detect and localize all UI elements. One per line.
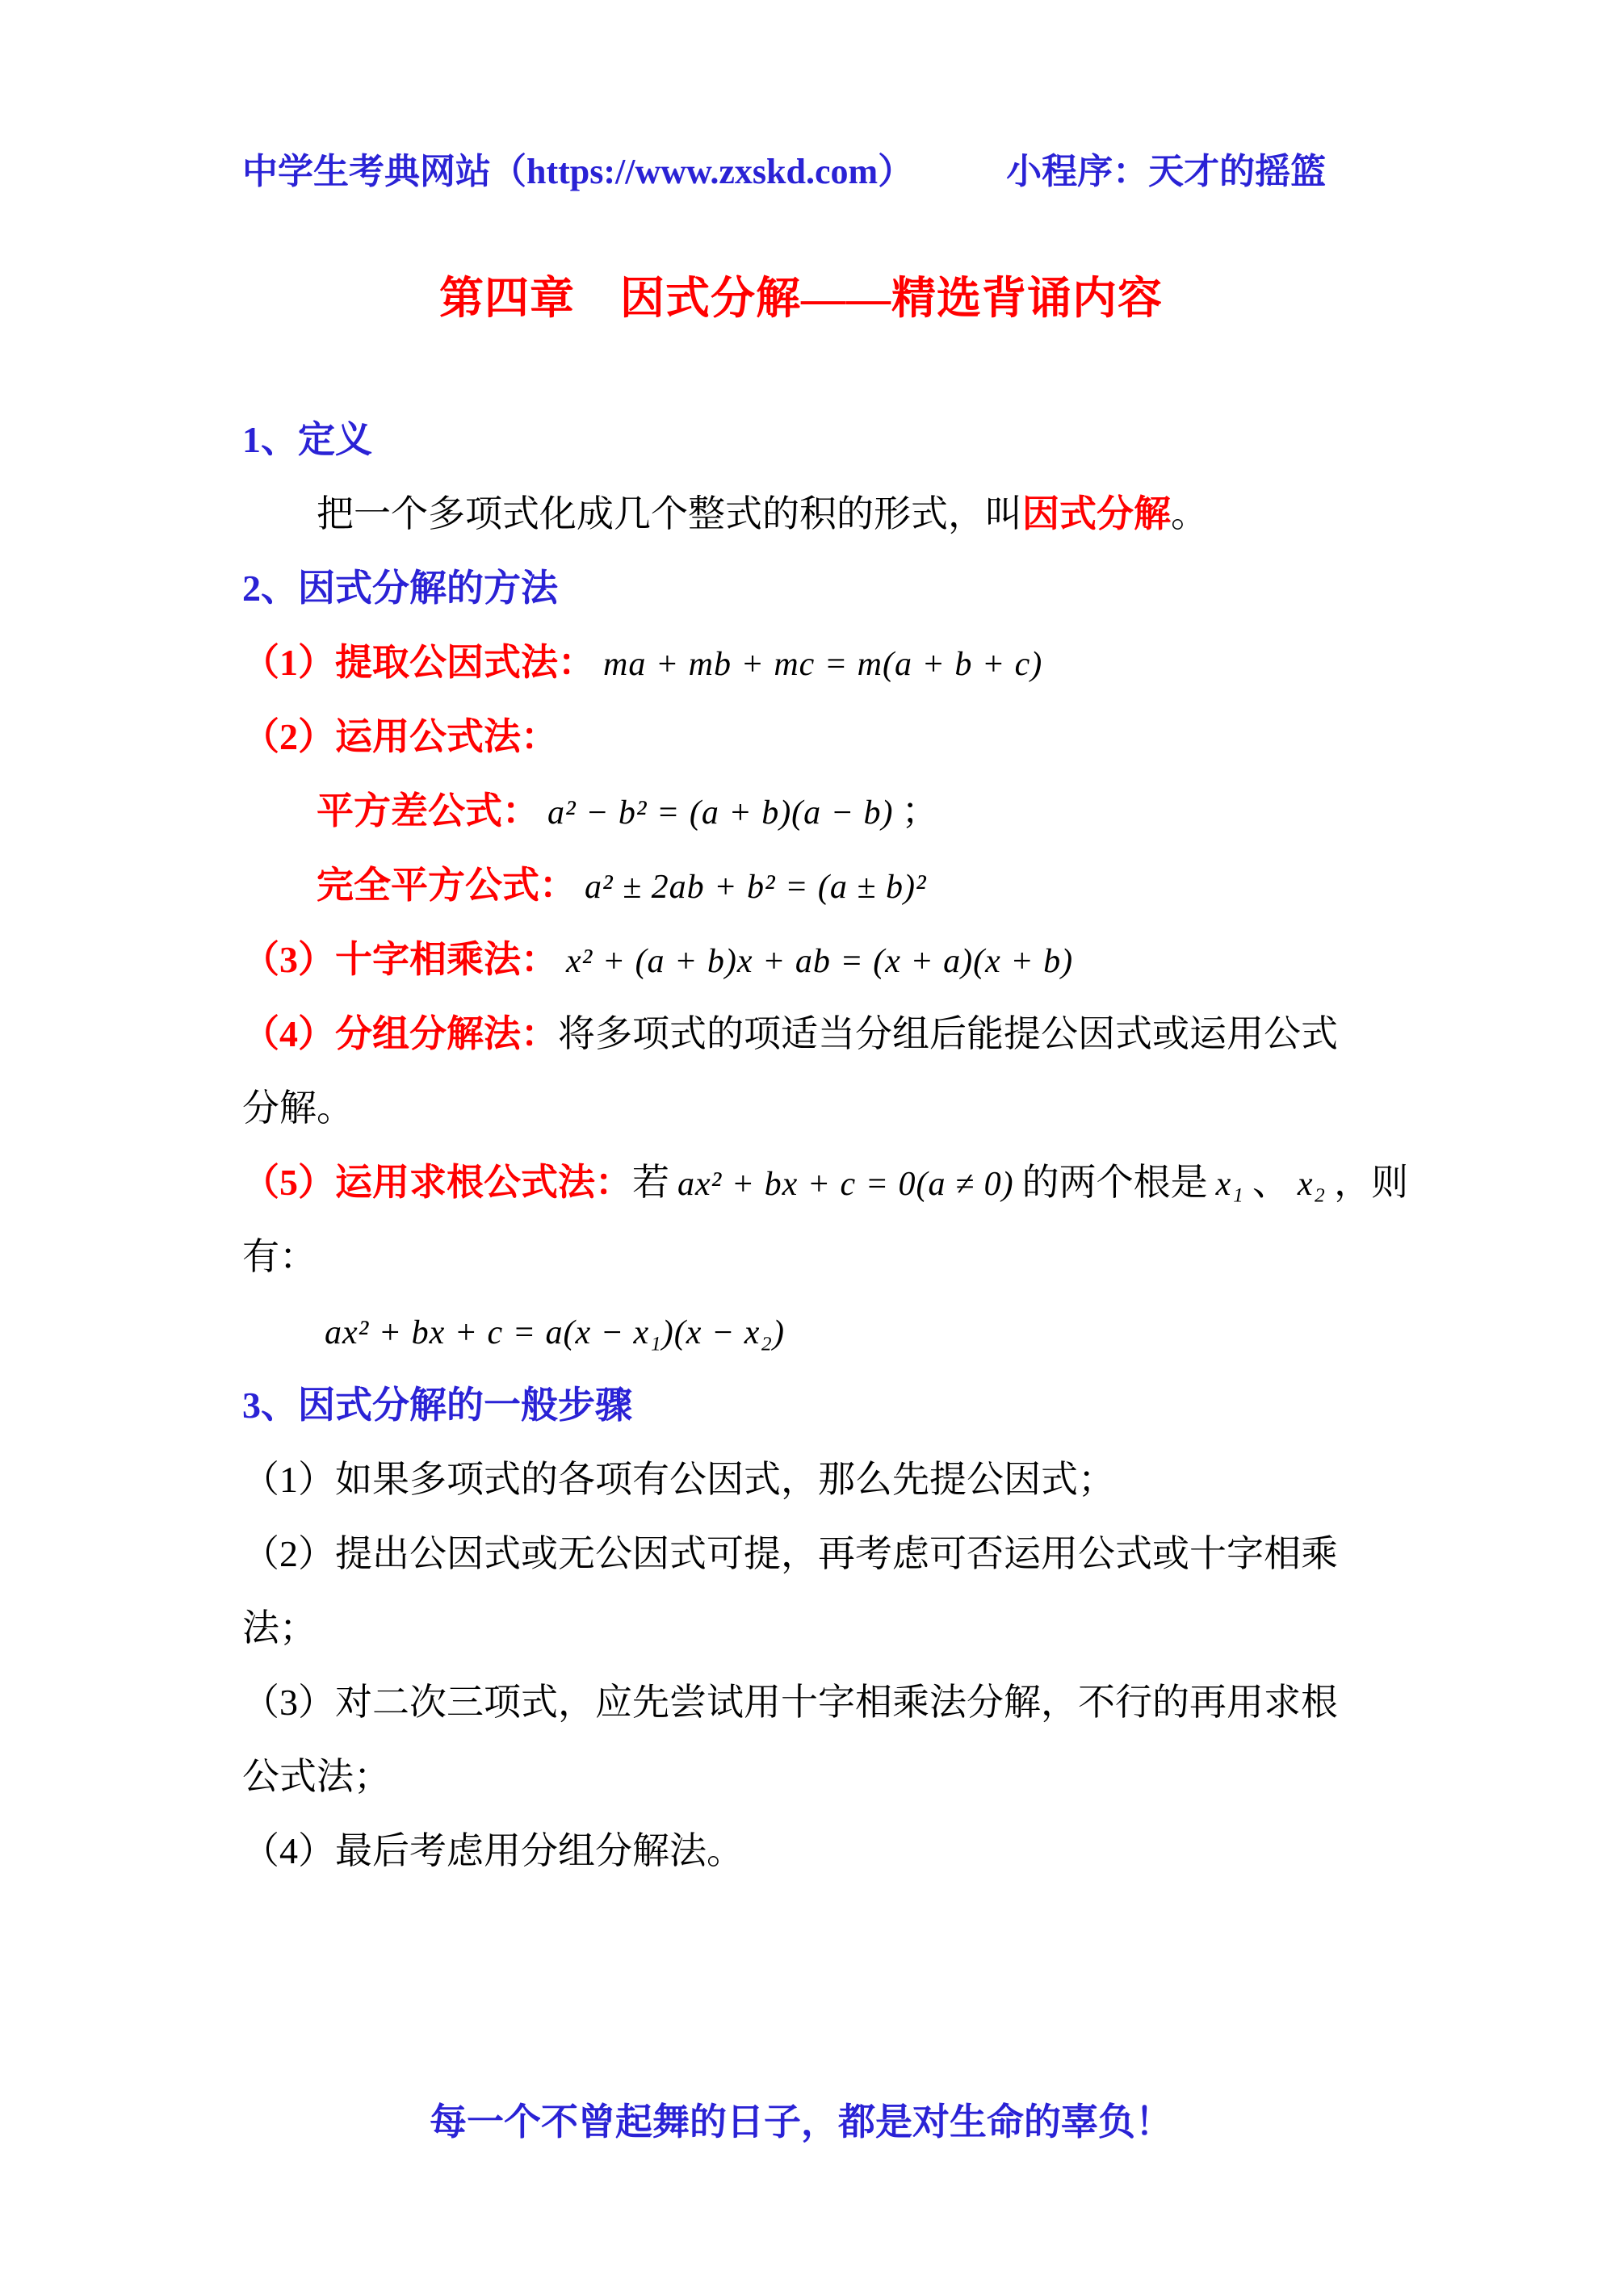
- text-segment: ，则: [1334, 1162, 1408, 1203]
- document-header: 中学生考典网站（https://www.zxskd.com）小程序：天才的摇篮: [242, 135, 1473, 209]
- text-line: 有：: [242, 1220, 1481, 1294]
- math-formula: a² ± 2ab + b² = (a ± b)²: [585, 869, 927, 906]
- math-formula: x² + (a + b)x + ab = (x + a)(x + b): [566, 943, 1073, 980]
- text-segment: 把一个多项式化成几个整式的积的形式，叫: [317, 493, 1022, 534]
- text-segment: 完全平方公式：: [317, 865, 577, 906]
- text-segment: （4）最后考虑用分组分解法。: [242, 1830, 744, 1871]
- text-segment: 1、定义: [242, 419, 372, 460]
- text-line: 完全平方公式：a² ± 2ab + b² = (a ± b)²: [242, 848, 1481, 923]
- math-formula: ax² + bx + c = 0(a ≠ 0): [677, 1166, 1014, 1203]
- text-segment: （4）分组分解法：: [242, 1013, 558, 1054]
- text-segment: 因式分解: [1022, 493, 1171, 534]
- text-segment: 的两个根是: [1022, 1162, 1208, 1203]
- text-segment: （2）运用公式法：: [242, 716, 558, 757]
- header-miniprogram-text: 小程序：天才的摇篮: [1006, 152, 1326, 191]
- text-line: 平方差公式：a² − b² = (a + b)(a − b)；: [242, 774, 1481, 848]
- text-line: （2）运用公式法：: [242, 700, 1481, 774]
- text-line: （5）运用求根公式法：若ax² + bx + c = 0(a ≠ 0)的两个根是…: [242, 1146, 1481, 1220]
- text-segment: 法；: [242, 1607, 317, 1649]
- math-formula: ma + mb + mc = m(a + b + c): [603, 646, 1042, 683]
- document-body: 1、定义把一个多项式化成几个整式的积的形式，叫因式分解。2、因式分解的方法（1）…: [242, 403, 1481, 1888]
- text-line: 3、因式分解的一般步骤: [242, 1368, 1481, 1443]
- text-segment: 3、因式分解的一般步骤: [242, 1385, 632, 1426]
- text-segment: 、: [1252, 1162, 1290, 1203]
- header-site-url-text: 中学生考典网站（https://www.zxskd.com）: [242, 152, 913, 191]
- text-segment: 分解。: [242, 1087, 354, 1129]
- math-formula: x₂: [1298, 1166, 1326, 1203]
- text-segment: 。: [1171, 493, 1208, 534]
- document-page: 中学生考典网站（https://www.zxskd.com）小程序：天才的摇篮 …: [0, 0, 1602, 2296]
- text-line: （3）对二次三项式，应先尝试用十字相乘法分解，不行的再用求根: [242, 1665, 1481, 1740]
- chapter-title: 第四章 因式分解——精选背诵内容: [0, 262, 1602, 336]
- text-line: 分解。: [242, 1071, 1481, 1146]
- math-formula: x₁: [1216, 1166, 1244, 1203]
- math-formula: ax² + bx + c = a(x − x₁)(x − x₂): [325, 1314, 785, 1351]
- text-segment: （3）对二次三项式，应先尝试用十字相乘法分解，不行的再用求根: [242, 1682, 1338, 1723]
- text-segment: （1）提取公因式法：: [242, 642, 595, 683]
- text-line: 2、因式分解的方法: [242, 551, 1481, 626]
- text-segment: （5）运用求根公式法：: [242, 1162, 632, 1203]
- text-segment: （2）提出公因式或无公因式可提，再考虑可否运用公式或十字相乘: [242, 1533, 1338, 1574]
- text-line: 1、定义: [242, 403, 1481, 477]
- text-segment: 若: [632, 1162, 669, 1203]
- text-segment: 有：: [242, 1236, 317, 1277]
- text-segment: 将多项式的项适当分组后能提公因式或运用公式: [558, 1013, 1338, 1054]
- text-segment: （1）如果多项式的各项有公因式，那么先提公因式；: [242, 1459, 1115, 1500]
- text-segment: （3）十字相乘法：: [242, 939, 558, 980]
- text-line: ax² + bx + c = a(x − x₁)(x − x₂): [242, 1294, 1481, 1368]
- text-line: （2）提出公因式或无公因式可提，再考虑可否运用公式或十字相乘: [242, 1517, 1481, 1591]
- text-line: 把一个多项式化成几个整式的积的形式，叫因式分解。: [242, 477, 1481, 551]
- text-line: 法；: [242, 1591, 1481, 1665]
- text-line: （3）十字相乘法：x² + (a + b)x + ab = (x + a)(x …: [242, 923, 1481, 997]
- math-formula: a² − b² = (a + b)(a − b): [547, 794, 894, 832]
- text-line: 公式法；: [242, 1740, 1481, 1814]
- text-line: （4）最后考虑用分组分解法。: [242, 1814, 1481, 1888]
- text-segment: ；: [902, 790, 939, 832]
- text-segment: 2、因式分解的方法: [242, 568, 558, 609]
- text-segment: 平方差公式：: [317, 790, 539, 832]
- footer-motto: 每一个不曾起舞的日子，都是对生命的辜负！: [0, 2085, 1602, 2160]
- text-line: （1）如果多项式的各项有公因式，那么先提公因式；: [242, 1443, 1481, 1517]
- text-line: （1）提取公因式法：ma + mb + mc = m(a + b + c): [242, 626, 1481, 700]
- text-segment: 公式法；: [242, 1756, 391, 1797]
- text-line: （4）分组分解法：将多项式的项适当分组后能提公因式或运用公式: [242, 997, 1481, 1071]
